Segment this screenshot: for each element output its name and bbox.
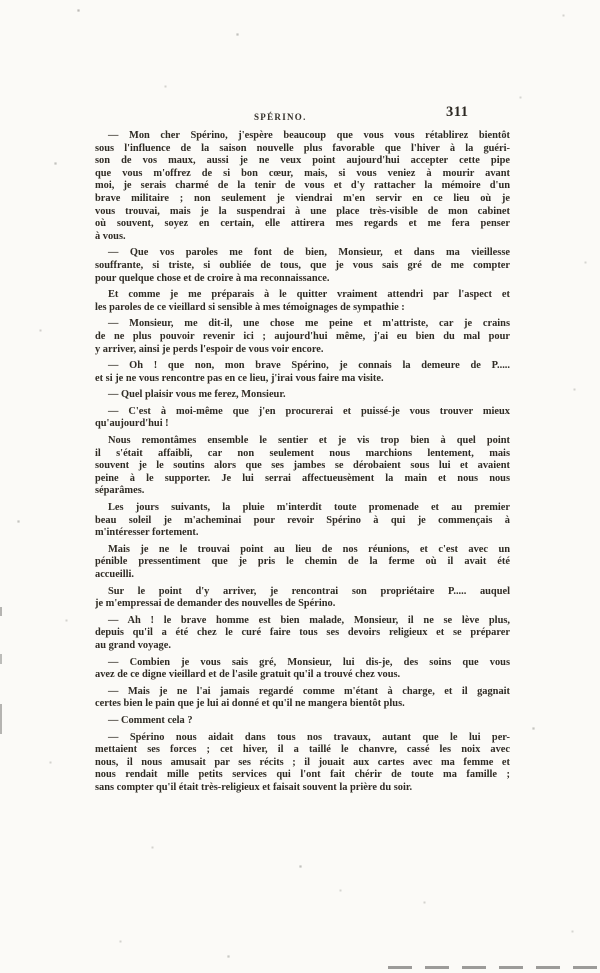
- paragraph: — Combien je vous sais gré, Monsieur, lu…: [95, 657, 510, 682]
- text-line: Mais je ne le trouvai point au lieu de n…: [95, 544, 510, 557]
- text-line: peine à le supporter. Je lui serrai affe…: [95, 473, 510, 486]
- text-line: brave militaire ; non seulement je viend…: [95, 193, 510, 206]
- paragraph: Nous remontâmes ensemble le sentier et j…: [95, 435, 510, 498]
- text-line: — Spérino nous aidait dans tous nos trav…: [95, 732, 510, 745]
- text-line: à vous.: [95, 231, 510, 244]
- paragraph: — Ah ! le brave homme est bien malade, M…: [95, 615, 510, 653]
- scan-artifact-dashed-line: [388, 966, 600, 969]
- paragraph: Sur le point d'y arriver, je rencontrai …: [95, 586, 510, 611]
- text-line: — Que vos paroles me font de bien, Monsi…: [95, 247, 510, 260]
- text-line: — Mon cher Spérino, j'espère beaucoup qu…: [95, 130, 510, 143]
- text-line: — Mais je ne l'ai jamais regardé comme m…: [95, 686, 510, 699]
- paragraph: — Monsieur, me dit-il, une chose me pein…: [95, 318, 510, 356]
- text-block: — Mon cher Spérino, j'espère beaucoup qu…: [95, 130, 510, 799]
- paper-specks: [0, 0, 1, 1]
- text-line: que vous m'offrez de si bon cœur, mais, …: [95, 168, 510, 181]
- text-line: les paroles de ce vieillard si sensible …: [95, 302, 510, 315]
- paragraph: — Mon cher Spérino, j'espère beaucoup qu…: [95, 130, 510, 243]
- text-line: où souvent, soyez en certain, elle attir…: [95, 218, 510, 231]
- paragraph: Mais je ne le trouvai point au lieu de n…: [95, 544, 510, 582]
- text-line: et si je ne vous rencontre pas en ce lie…: [95, 373, 510, 386]
- page-number: 311: [446, 104, 468, 121]
- text-line: pénible pressentiment que je pris le che…: [95, 556, 510, 569]
- scan-artifact-edge-mark: [0, 654, 2, 664]
- text-line: — Comment cela ?: [95, 715, 510, 728]
- text-line: souffrante, si triste, si oubliée de tou…: [95, 260, 510, 273]
- paragraph: — Comment cela ?: [95, 715, 510, 728]
- text-line: sans compter qu'il était très-religieux …: [95, 782, 510, 795]
- text-line: — C'est à moi-même que j'en procurerai e…: [95, 406, 510, 419]
- text-line: qu'aujourd'hui !: [95, 418, 510, 431]
- text-line: Nous remontâmes ensemble le sentier et j…: [95, 435, 510, 448]
- text-line: je m'empressai de demander des nouvelles…: [95, 598, 510, 611]
- text-line: il s'était affaibli, car non seulement n…: [95, 448, 510, 461]
- scan-artifact-edge-mark: [0, 704, 2, 734]
- text-line: au grand voyage.: [95, 640, 510, 653]
- text-line: — Ah ! le brave homme est bien malade, M…: [95, 615, 510, 628]
- paragraph: Et comme je me préparais à le quitter vr…: [95, 289, 510, 314]
- scan-artifact-edge-mark: [0, 607, 2, 616]
- text-line: moi, je serais charmé de la tenir de vou…: [95, 180, 510, 193]
- text-line: — Quel plaisir vous me ferez, Monsieur.: [95, 389, 510, 402]
- text-line: Et comme je me préparais à le quitter vr…: [95, 289, 510, 302]
- paragraph: — Quel plaisir vous me ferez, Monsieur.: [95, 389, 510, 402]
- text-line: avez de ce digne vieillard et de l'asile…: [95, 669, 510, 682]
- text-line: nous rendait mille petits services qui l…: [95, 769, 510, 782]
- text-line: mettaient ses forces ; cet hiver, il a t…: [95, 744, 510, 757]
- book-page: SPÉRINO. 311 — Mon cher Spérino, j'espèr…: [0, 0, 600, 973]
- text-line: certes bien le pain que je lui ai donné …: [95, 698, 510, 711]
- text-line: pour quelque chose et de croire à ma rec…: [95, 273, 510, 286]
- text-line: Les jours suivants, la pluie m'interdit …: [95, 502, 510, 515]
- text-line: de ne plus pouvoir revenir ici ; aujourd…: [95, 331, 510, 344]
- paragraph: — Oh ! que non, mon brave Spérino, je co…: [95, 360, 510, 385]
- text-line: — Monsieur, me dit-il, une chose me pein…: [95, 318, 510, 331]
- text-line: son de vos maux, aussi je ne veux point …: [95, 155, 510, 168]
- paragraph: Les jours suivants, la pluie m'interdit …: [95, 502, 510, 540]
- text-line: séparâmes.: [95, 485, 510, 498]
- text-line: souvent je le soutins alors que ses jamb…: [95, 460, 510, 473]
- text-line: beau soleil je m'acheminai pour revoir S…: [95, 515, 510, 528]
- text-line: nous, il nous amusait par ses récits ; i…: [95, 757, 510, 770]
- text-line: accueilli.: [95, 569, 510, 582]
- running-title: SPÉRINO.: [254, 112, 307, 122]
- paragraph: — Mais je ne l'ai jamais regardé comme m…: [95, 686, 510, 711]
- paragraph: — Spérino nous aidait dans tous nos trav…: [95, 732, 510, 795]
- paragraph: — C'est à moi-même que j'en procurerai e…: [95, 406, 510, 431]
- text-line: — Combien je vous sais gré, Monsieur, lu…: [95, 657, 510, 670]
- text-line: depuis qu'il a été chez le curé faire to…: [95, 627, 510, 640]
- text-line: m'intéresser fortement.: [95, 527, 510, 540]
- text-line: sous l'influence de la saison nouvelle p…: [95, 143, 510, 156]
- paragraph: — Que vos paroles me font de bien, Monsi…: [95, 247, 510, 285]
- text-line: — Oh ! que non, mon brave Spérino, je co…: [95, 360, 510, 373]
- text-line: Sur le point d'y arriver, je rencontrai …: [95, 586, 510, 599]
- text-line: vous trouvai, mais je la suspendrai à un…: [95, 206, 510, 219]
- text-line: y arriver, ainsi je perds l'espoir de vo…: [95, 344, 510, 357]
